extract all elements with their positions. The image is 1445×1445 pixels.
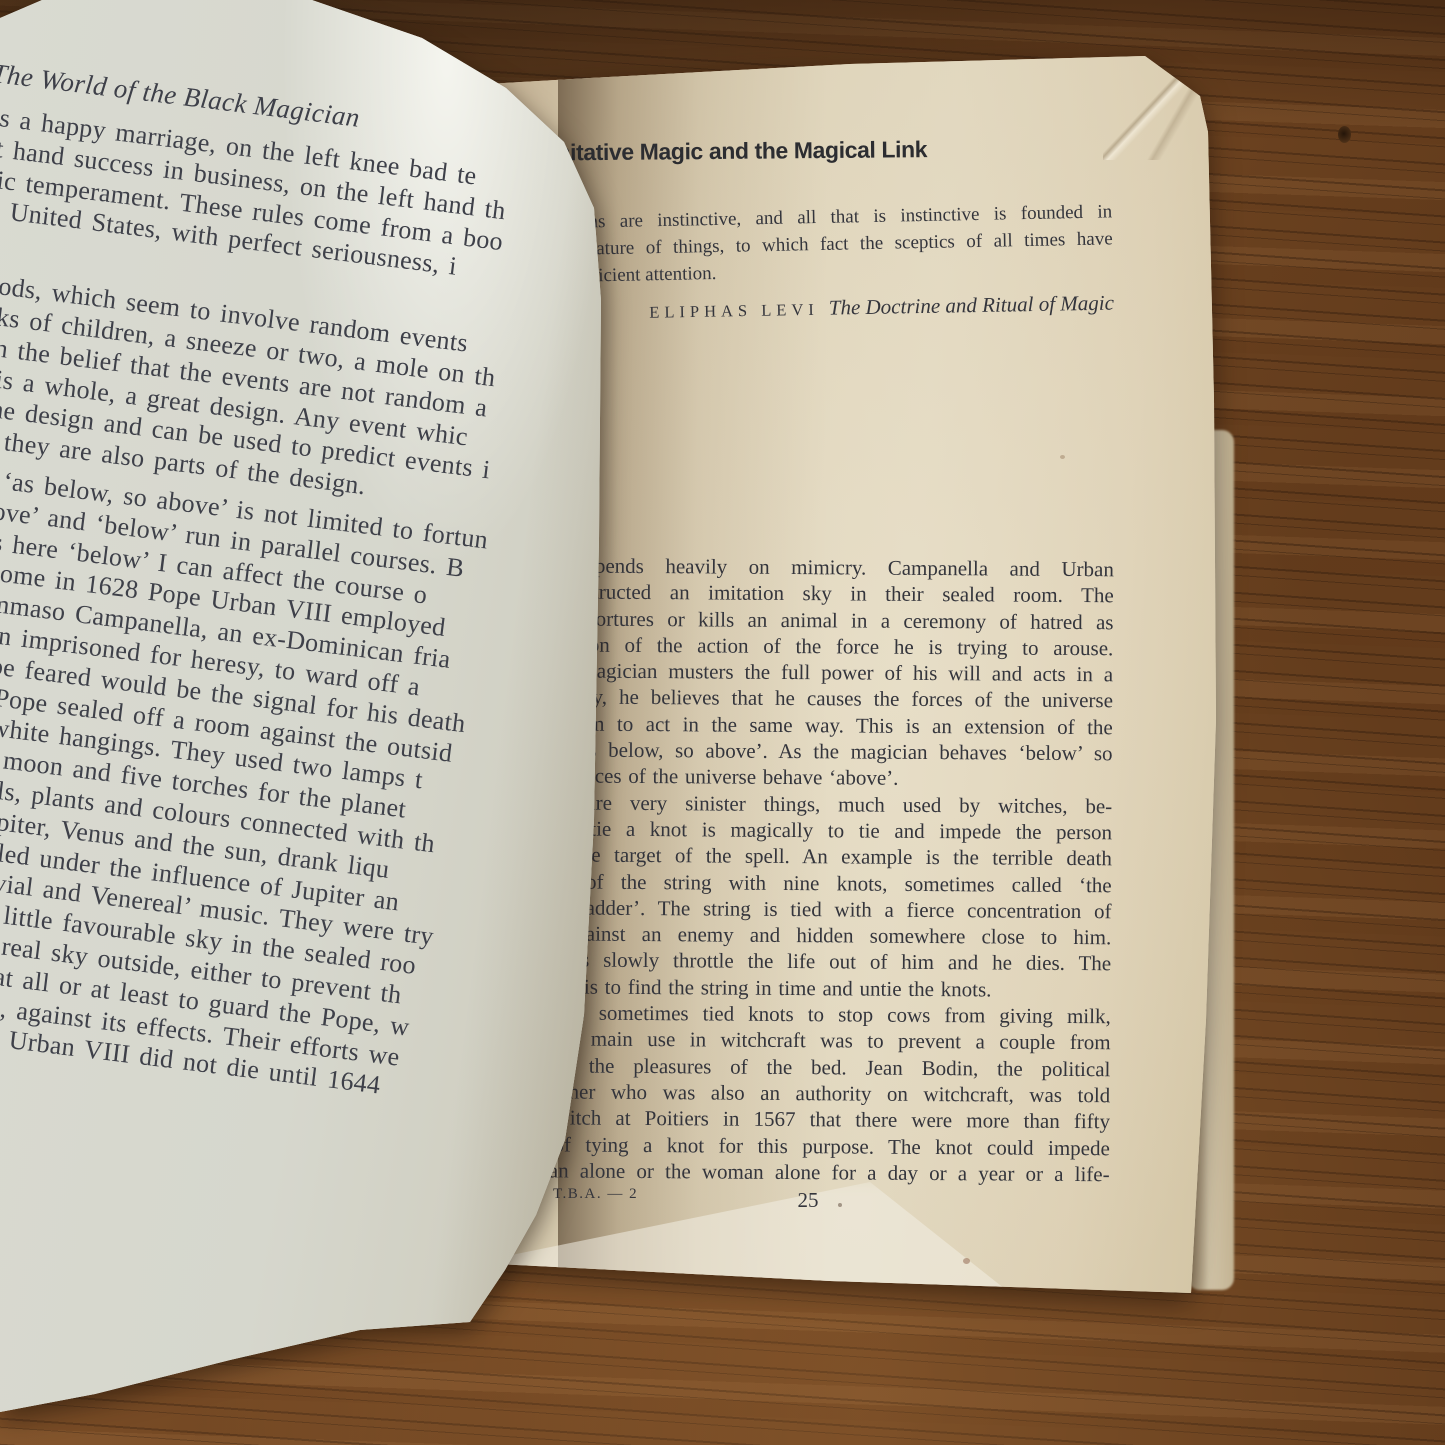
page-stain xyxy=(963,1258,970,1264)
page-number: 25 xyxy=(778,1188,838,1213)
epigraph-work-title: The Doctrine and Ritual of Magic xyxy=(829,291,1115,320)
page-corner-crease xyxy=(1103,50,1218,160)
book-photo: 2. Imitative Magic and the Magical Link … xyxy=(0,0,1445,1445)
wood-knot-speck xyxy=(1338,126,1351,143)
left-page-paper: The World of the Black Magician ns a hap… xyxy=(0,0,620,1445)
page-stain xyxy=(838,1203,842,1207)
left-page: The World of the Black Magician ns a hap… xyxy=(0,0,620,1445)
page-stain xyxy=(1060,455,1065,459)
epigraph-author: ELIPHAS LEVI xyxy=(649,300,819,322)
